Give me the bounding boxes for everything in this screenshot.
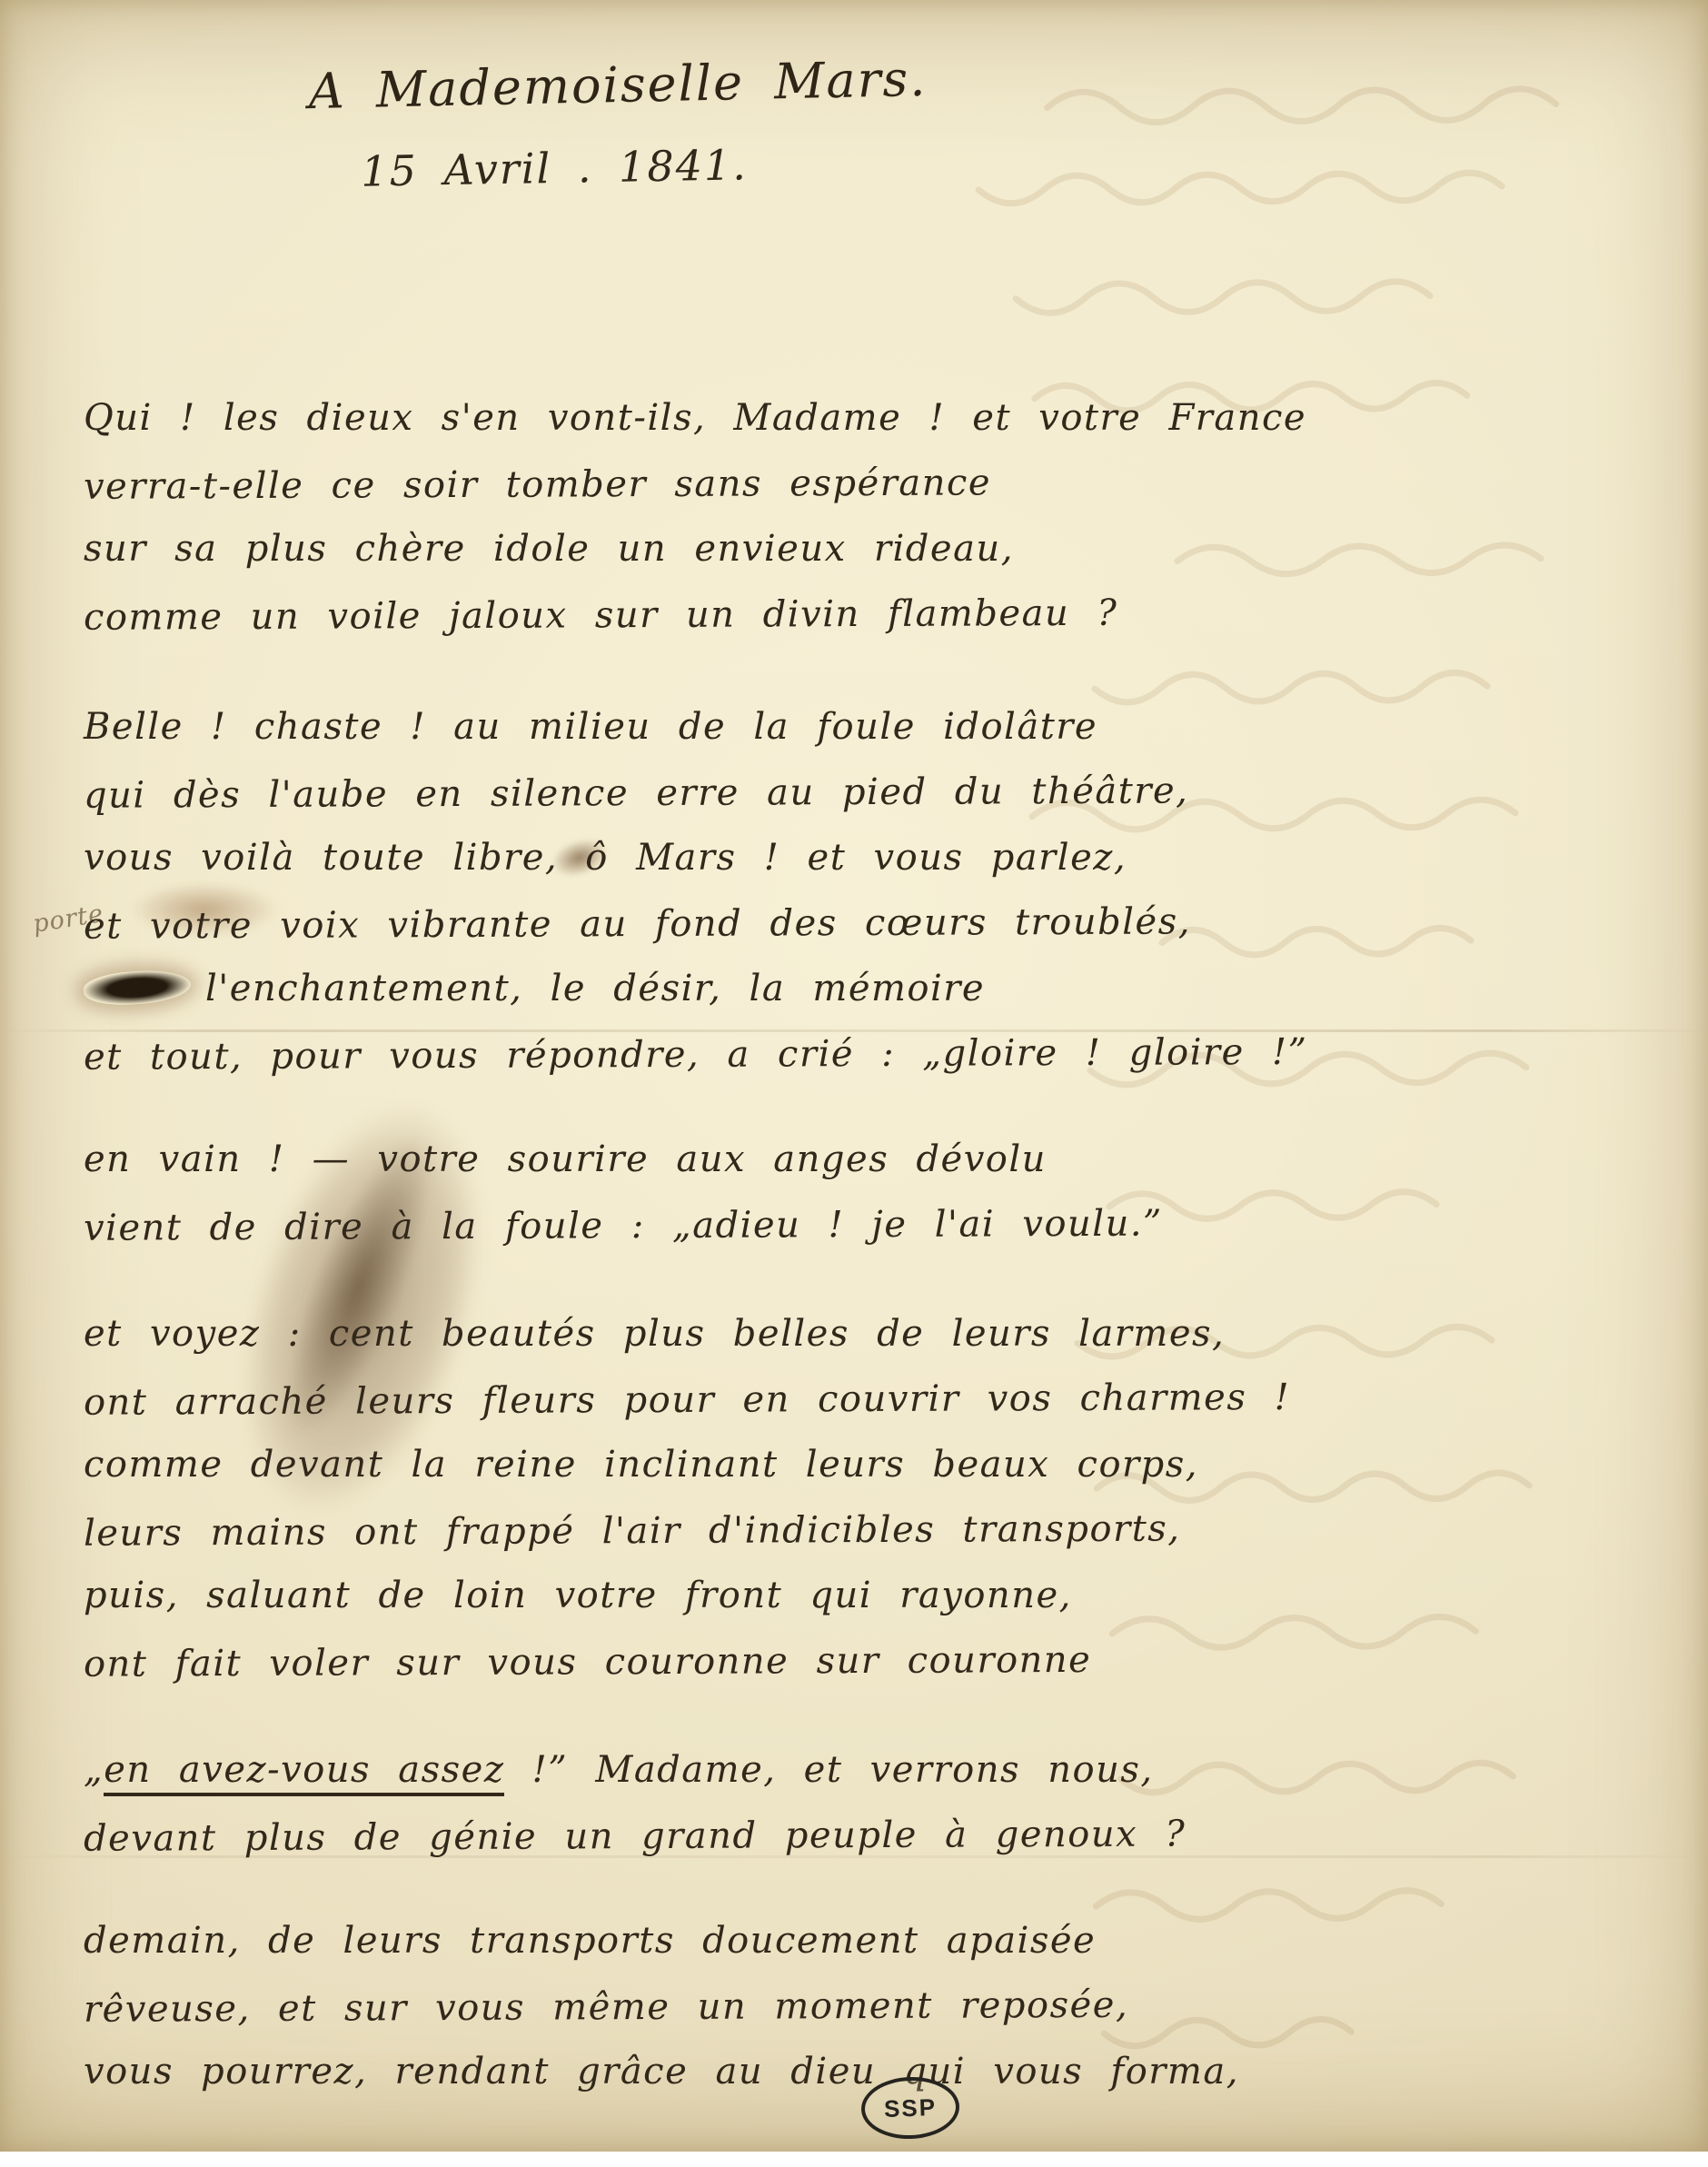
poem-line: et voyez : cent beautés plus belles de l… xyxy=(84,1301,1664,1367)
poem-line: devant plus de génie un grand peuple à g… xyxy=(84,1799,1664,1872)
underlined-phrase: en avez-vous assez xyxy=(104,1749,504,1796)
poem-line: demain, de leurs transports doucement ap… xyxy=(84,1908,1664,1973)
stanza-5: „en avez-vous assez !” Madame, et verron… xyxy=(84,1737,1664,1868)
poem-line-underlined: „en avez-vous assez !” Madame, et verron… xyxy=(84,1737,1664,1803)
manuscript-page: A Mademoiselle Mars. 15 Avril . 1841. po… xyxy=(0,0,1708,2152)
poem-line: comme un voile jaloux sur un divin flamb… xyxy=(84,578,1664,651)
poem-line: puis, saluant de loin votre front qui ra… xyxy=(84,1563,1664,1628)
poem-line: vous voilà toute libre, ô Mars ! et vous… xyxy=(84,825,1664,890)
stanza-1: Qui ! les dieux s'en vont-ils, Madame ! … xyxy=(84,385,1664,647)
poem-line: en vain ! — votre sourire aux anges dévo… xyxy=(84,1127,1664,1192)
poem-line: vient de dire à la foule : „adieu ! je l… xyxy=(84,1188,1664,1261)
quote-open: „ xyxy=(84,1749,104,1791)
poem-line: ont arraché leurs fleurs pour en couvrir… xyxy=(84,1363,1664,1436)
scan-background-edge xyxy=(0,2152,1708,2167)
poem-line: et votre voix vibrante au fond des cœurs… xyxy=(84,887,1664,959)
poem-line: rêveuse, et sur vous même un moment repo… xyxy=(84,1970,1664,2043)
stanza-6: demain, de leurs transports doucement ap… xyxy=(84,1908,1664,2104)
stanza-3: en vain ! — votre sourire aux anges dévo… xyxy=(84,1127,1664,1257)
poem-body: Qui ! les dieux s'en vont-ils, Madame ! … xyxy=(84,385,1664,2104)
line-remainder: !” Madame, et verrons nous, xyxy=(504,1749,1153,1791)
poem-line: leurs mains ont frappé l'air d'indicible… xyxy=(84,1494,1664,1566)
poem-line: Belle ! chaste ! au milieu de la foule i… xyxy=(84,694,1664,760)
poem-line: comme devant la reine inclinant leurs be… xyxy=(84,1432,1664,1497)
ink-blot xyxy=(83,968,192,1008)
letter-date: 15 Avril . 1841. xyxy=(300,139,809,197)
poem-line-text: l'enchantement, le désir, la mémoire xyxy=(205,968,985,1009)
stanza-4: et voyez : cent beautés plus belles de l… xyxy=(84,1301,1664,1694)
poem-line: ont fait voler sur vous couronne sur cou… xyxy=(84,1625,1664,1697)
poem-line-corrected: l'enchantement, le désir, la mémoire xyxy=(84,956,1664,1021)
poem-line: sur sa plus chère idole un envieux ridea… xyxy=(84,516,1664,582)
poem-line: verra-t-elle ce soir tomber sans espéran… xyxy=(84,447,1664,520)
poem-line: Qui ! les dieux s'en vont-ils, Madame ! … xyxy=(84,385,1664,451)
poem-line: qui dès l'aube en silence erre au pied d… xyxy=(84,756,1664,829)
stanza-2: Belle ! chaste ! au milieu de la foule i… xyxy=(84,694,1664,1087)
poem-line: et tout, pour vous répondre, a crié : „g… xyxy=(84,1018,1664,1090)
stamp-label: SSP xyxy=(883,2092,937,2122)
